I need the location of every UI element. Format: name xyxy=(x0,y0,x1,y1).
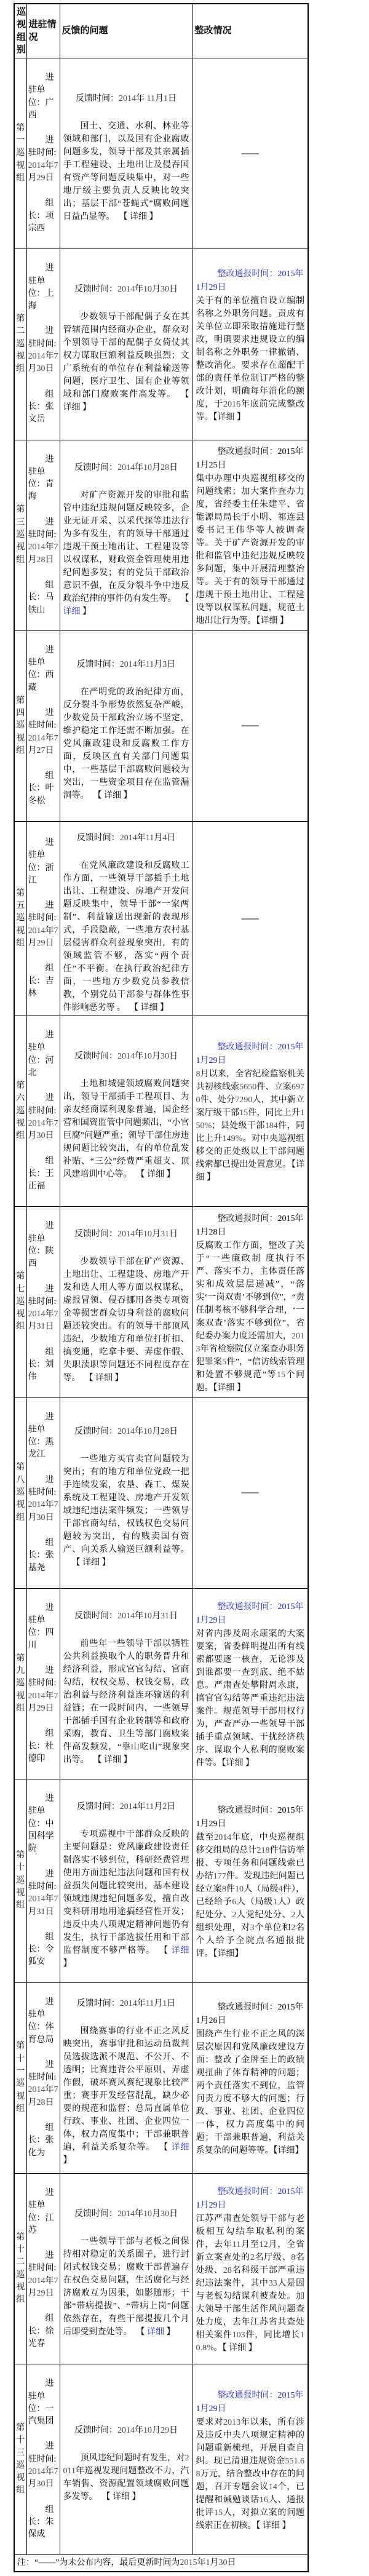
problem-text: 国土、交通、水利、林业等领域和部门，以及国有企业腐败问题多发，领导干部及其亲属插… xyxy=(63,120,189,223)
feedback-time: 反馈时间：2014年11月4日 xyxy=(63,832,189,845)
feedback-time: 反馈时间：2014年10月31日 xyxy=(63,1610,189,1623)
table-row: 第十二巡视组 进驻单位：江苏 进驻时间:2014年7月29日 组长：徐光春 反馈… xyxy=(14,2173,308,2364)
bracket-open: 【 xyxy=(164,1946,171,1955)
rect-content: 整改通报时间：2015年1月29日 要求对2013年以来，所有涉及违反中央八项规… xyxy=(196,2389,305,2532)
detail-link-label[interactable]: 详细 xyxy=(63,607,81,616)
station-cell: 进驻单位：西藏 进驻时间:2014年7月27日 组长：叶冬松 xyxy=(26,630,60,821)
table-row: 第十三巡视组 进驻单位：一汽集团 进驻时间:2014年7月30日 组长：朱保成 … xyxy=(14,2364,308,2555)
problem-text: 顶风违纪问题时有发生，对2011年巡视发现问题整改不力，汽车销售、资源配置领域腐… xyxy=(63,2452,189,2503)
station-unit: 进驻单位：西藏 xyxy=(28,645,58,694)
station-unit: 进驻单位：广西 xyxy=(28,72,58,122)
feedback-time: 反馈时间：2014年10月30日 xyxy=(63,283,189,296)
bracket-close: 】 xyxy=(81,403,92,412)
problem-body: 在严明党的政治纪律方面，反分裂斗争形势依然复杂严峻，少数党员干部政治立场不坚定，… xyxy=(63,688,189,800)
rect-report-time: 整改通报时间：2015年1月29日 xyxy=(196,2389,305,2416)
problem-cell: 反馈时间：2014年10月30日 少数领导干部配偶子女在其管辖范围内经商办企业，… xyxy=(60,249,192,440)
rectify-cell: 整改通报时间：2015年1月29日 8月以来，全省纪检监察机关共初核线索5650… xyxy=(192,1016,308,1207)
group-cell: 第六巡视组 xyxy=(14,1016,26,1207)
detail-link-label[interactable]: 详细 xyxy=(147,1170,164,1179)
rect-body: 集中办理中央巡视组移交的问题线索；加大案件查办力度，省经委主任朱建平、省能源局局… xyxy=(196,474,305,626)
rect-text: 对省内涉及周永康案的大案要案，省委鲜明提出所有线索都要逐一核查，无论涉及到谁都要… xyxy=(196,1628,305,1770)
station-cell: 进驻单位：一汽集团 进驻时间:2014年7月30日 组长：朱保成 xyxy=(26,2364,60,2555)
footnote: 注：“——”为未公布内容，最后更新时间为2015年1月30日 xyxy=(14,2555,308,2572)
station-cell: 进驻单位：陕西 进驻时间:2014年7月31日 组长：刘伟 xyxy=(26,1207,60,1397)
rect-report-time: 整改通报时间：2015年 1月29日 xyxy=(196,1804,305,1831)
station-time: 进驻时间:2014年7月27日 xyxy=(28,707,58,757)
problem-body: 一些地方买官卖官问题较为突出；有的地方和单位党政一把手连续发案，农垦、森工、煤炭… xyxy=(63,1455,189,1554)
rectify-cell: 整改通报时间：2015年1月28日 反腐败工作方面，整改了关于“一些廉政制 度执… xyxy=(192,1207,308,1397)
station-unit: 进驻单位：一汽集团 xyxy=(28,2378,58,2428)
station-leader: 组长：张化为 xyxy=(28,2122,58,2160)
table-row: 第十巡视组 进驻单位：中国科学院 进驻时间:2014年7月31日 组长：令狐安 … xyxy=(14,1779,308,1983)
table-row: 第十一巡视组 进驻单位：体育总局 进驻时间:2014年7月28日 组长：张化为 … xyxy=(14,1982,308,2173)
detail-link-label[interactable]: 详细 xyxy=(82,1558,100,1567)
rectify-cell: —— xyxy=(192,58,308,249)
group-cell: 第七巡视组 xyxy=(14,1207,26,1397)
detail-link-label[interactable]: 详细 xyxy=(172,1946,189,1955)
station-time: 进驻时间:2014年7月28日 xyxy=(28,2059,58,2109)
group-cell: 第四巡视组 xyxy=(14,630,26,821)
rect-content: 整改通报时间：2015年1月26日 围绕产生行业不正之风的深层次原因和党风廉政建… xyxy=(196,2001,305,2157)
group-label: 第八巡视组 xyxy=(15,1461,26,1524)
rect-text: 围绕产生行业不正之风的深层次原因和党风廉政建设方面：整改了金牌至上的政绩观扭曲了… xyxy=(196,2028,305,2157)
rect-dash: —— xyxy=(196,1488,305,1498)
rect-body: 对省内涉及周永康案的大案要案，省委鲜明提出所有线索都要逐一核查，无论涉及到谁都要… xyxy=(196,1629,305,1768)
problem-body: 国土、交通、水利、林业等领域和部门，以及国有企业腐败问题多发，领导干部及其亲属插… xyxy=(63,122,189,221)
bracket-close: 】 xyxy=(158,1003,169,1012)
group-label: 第六巡视组 xyxy=(15,1080,26,1142)
bracket-close: 】 xyxy=(121,791,132,800)
feedback-time: 反馈时间：2014年11月1日 xyxy=(63,1997,189,2010)
rect-report-time: 整改通报时间：2015年1月29日 xyxy=(196,268,305,295)
problem-text: 专项巡视中干部群众反映的主要问题是：党风廉政建设责任制落实不够到位，科研经费管理… xyxy=(63,1828,189,1970)
detail-link-label[interactable]: 详细 xyxy=(113,2492,130,2502)
station-unit: 进驻单位：黑龙江 xyxy=(28,1412,58,1461)
detail-link-label[interactable]: 详细 xyxy=(130,212,147,221)
table-row: 第四巡视组 进驻单位：西藏 进驻时间:2014年7月27日 组长：叶冬松 反馈时… xyxy=(14,630,308,821)
table-row: 第二巡视组 进驻单位：上海 进驻时间:2014年7月30日 组长：张文岳 反馈时… xyxy=(14,249,308,440)
problem-cell: 反馈时间：2014年10月28日 一些地方买官卖官问题较为突出；有的地方和单位党… xyxy=(60,1397,192,1588)
table-row: 第九巡视组 进驻单位：四川 进驻时间:2014年7月29日 组长：杜德印 反馈时… xyxy=(14,1588,308,1779)
bracket-open: 【 xyxy=(141,1170,148,1179)
group-label: 第九巡视组 xyxy=(15,1653,26,1715)
station-cell: 进驻单位：广西 进驻时间:2014年7月29日 组长：项宗西 xyxy=(26,58,60,249)
detail-link-label[interactable]: 详细 xyxy=(95,1373,113,1383)
station-time: 进驻时间:2014年7月29日 xyxy=(28,900,58,950)
rect-text: 集中办理中央巡视组移交的问题线索；加大案件查办力度，省经委主任朱建平、省能源局局… xyxy=(196,472,305,627)
rect-content: 整改通报时间：2015年1月29日 关于有的单位擅自设立编制名称之外职务问题。责… xyxy=(196,268,305,424)
station-leader: 组长：张文岳 xyxy=(28,389,58,426)
station-time: 进驻时间:2014年7月31日 xyxy=(28,1869,58,1918)
station-leader: 组长：令狐安 xyxy=(28,1931,58,1969)
rectify-cell: 整改通报时间：2015年1月29日 要求对2013年以来，所有涉及违反中央八项规… xyxy=(192,2364,308,2555)
group-cell: 第二巡视组 xyxy=(14,249,26,440)
problem-body: 围绕赛事的行业不正之风反映突出，赛事审批和运动员裁判员选拔选派不规范、不公开、不… xyxy=(63,2027,189,2152)
bracket-open: 【 xyxy=(98,1755,105,1765)
bracket-open: 【 xyxy=(185,390,189,399)
station-leader: 组长：王正福 xyxy=(28,1155,58,1193)
rect-detail-link[interactable]: 【详细 】 xyxy=(213,1383,246,1393)
feedback-time: 反馈时间：2014年 11月1日 xyxy=(63,92,189,105)
station-cell: 进驻单位：体育总局 进驻时间:2014年7月28日 组长：张化为 xyxy=(26,1982,60,2173)
bracket-open: 【 xyxy=(98,791,105,800)
col-header-station: 进驻情况 xyxy=(26,4,60,58)
rectify-cell: 整改通报时间：2015年1月29日 关于有的单位擅自设立编制名称之外职务问题。责… xyxy=(192,249,308,440)
station-unit: 进驻单位：河北 xyxy=(28,1030,58,1079)
problem-text: 围绕赛事的行业不正之风反映突出，赛事审批和运动员裁判员选拔选派不规范、不公开、不… xyxy=(63,2025,189,2167)
problem-text: 对矿产资源开发的审批和监管中违纪违规问题反映较多，企业无证开采、以采代探等违法行… xyxy=(63,489,189,618)
rectify-cell: 整改通报时间：2015年1月25日 集中办理中央巡视组移交的问题线索；加大案件查… xyxy=(192,440,308,630)
group-label: 第十一巡视组 xyxy=(15,2040,26,2115)
problem-cell: 反馈时间：2014年10月28日 对矿产资源开发的审批和监管中违纪违规问题反映较… xyxy=(60,440,192,630)
station-cell: 进驻单位：江苏 进驻时间:2014年7月29日 组长：徐光春 xyxy=(26,2173,60,2364)
rect-report-time: 整改通报时间：2015年1月29日 xyxy=(196,1041,305,1068)
bracket-open: 【 xyxy=(89,1373,96,1383)
rect-text: 要求对2013年以来，所有涉及违反中央八项规定精神的问题重新梳理，开展自查自纠。… xyxy=(196,2416,305,2532)
detail-link-label[interactable]: 详细 xyxy=(63,403,81,412)
rect-report-time: 整改通报时间：2015年1月28日 xyxy=(196,1212,305,1239)
table-row: 第八巡视组 进驻单位：黑龙江 进驻时间:2014年7月30日 组长：张基尧 反馈… xyxy=(14,1397,308,1588)
rect-report-time: 整改通报时间：2015年1月29日 xyxy=(196,2185,305,2212)
rect-detail-link[interactable]: 【 详细 】 xyxy=(223,2343,257,2353)
station-time: 进驻时间:2014年7月29日 xyxy=(28,2250,58,2300)
problem-body: 少数领导干部配偶子女在其管辖范围内经商办企业，群众对个别领导干部的配偶子女倚仗其… xyxy=(63,312,189,399)
station-unit: 进驻单位：上海 xyxy=(28,263,58,312)
station-unit: 进驻单位：体育总局 xyxy=(28,1997,58,2046)
problem-cell: 反馈时间：2014年10月30日 土地和城建领域腐败问题突出，领导干部插手工程项… xyxy=(60,1016,192,1207)
rectify-cell: —— xyxy=(192,630,308,821)
problem-detail-link[interactable]: 【 详细 】 xyxy=(98,791,132,800)
detail-link-label[interactable]: 详细 xyxy=(104,791,121,800)
bracket-open: 【 xyxy=(164,2143,171,2152)
station-leader: 组长：马铁山 xyxy=(28,579,58,617)
station-leader: 组长：张基尧 xyxy=(28,1537,58,1575)
group-label: 第十三巡视组 xyxy=(15,2422,26,2497)
problem-cell: 反馈时间：2014年11月1日 围绕赛事的行业不正之风反映突出，赛事审批和运动员… xyxy=(60,1982,192,2173)
bracket-close: 】 xyxy=(164,1170,175,1179)
group-cell: 第八巡视组 xyxy=(14,1397,26,1588)
problem-cell: 反馈时间：2014年10月30日 一些领导干部与老板之间保持相对稳定的关系圈子，… xyxy=(60,2173,192,2364)
rect-report-time: 整改通报时间：2015年1月29日 xyxy=(196,1600,305,1628)
station-leader: 组长：刘伟 xyxy=(28,1346,58,1384)
rect-content: 整改通报时间：2015年1月25日 集中办理中央巡视组移交的问题线索；加大案件查… xyxy=(196,445,305,627)
detail-link-label[interactable]: 详细 xyxy=(147,2328,164,2337)
rect-text: 江苏严肃查处领导干部与老板相互勾结牟取私利的案件，去年11月至12月，全省新立案… xyxy=(196,2212,305,2355)
bracket-close: 】 xyxy=(147,212,158,221)
group-label: 第一巡视组 xyxy=(15,122,26,185)
problem-detail-link[interactable]: 【 详细 】 xyxy=(98,1755,132,1765)
rect-content: 整改通报时间：2015年1月29日 江苏严肃查处领导干部与老板相互勾结牟取私利的… xyxy=(196,2185,305,2355)
bracket-close: 】 xyxy=(113,1373,124,1383)
rect-content: 整改通报时间：2015年 1月29日 截至2014年底，中央巡视组移交组局的总计… xyxy=(196,1804,305,1960)
rectify-cell: 整改通报时间：2015年1月26日 围绕产生行业不正之风的深层次原因和党风廉政建… xyxy=(192,1982,308,2173)
bracket-close: 】 xyxy=(81,607,92,616)
station-time: 进驻时间:2014年7月31日 xyxy=(28,1284,58,1334)
rect-detail-link[interactable]: 【详细 】 xyxy=(222,1759,255,1768)
group-label: 第十二巡视组 xyxy=(15,2232,26,2307)
group-cell: 第三巡视组 xyxy=(14,440,26,630)
rect-body: 8月以来，全省纪检监察机关共初核线索5650件、立案6970件、处分7290人，… xyxy=(196,1070,305,1169)
rect-detail-link[interactable]: 【 详细 】 xyxy=(256,2521,291,2530)
table-row: 第三巡视组 进驻单位：青海 进驻时间:2014年7月28日 组长：马铁山 反馈时… xyxy=(14,440,308,630)
rectify-cell: 整改通报时间：2015年 1月29日 截至2014年底，中央巡视组移交组局的总计… xyxy=(192,1779,308,1983)
group-label: 第十巡视组 xyxy=(15,1850,26,1912)
station-unit: 进驻单位：陕西 xyxy=(28,1220,58,1270)
rectify-cell: —— xyxy=(192,822,308,1016)
rect-detail-link[interactable]: 【详细 】 xyxy=(256,616,289,626)
group-cell: 第十一巡视组 xyxy=(14,1982,26,2173)
rect-content: 整改通报时间：2015年1月29日 对省内涉及周永康案的大案要案，省委鲜明提出所… xyxy=(196,1600,305,1770)
problem-body: 一些领导干部与老板之间保持相对稳定的关系圈子，进行封闭式权钱交易；腐败干部普遍存… xyxy=(63,2237,189,2337)
station-leader: 组长：徐光春 xyxy=(28,2313,58,2350)
problem-text: 在党风廉政建设和反腐败工作方面，一些领导干部插手土地出让、工程建设、房地产开发问… xyxy=(63,859,189,1014)
problem-detail-link[interactable]: 【 详细 】 xyxy=(124,212,158,221)
problem-detail-link[interactable]: 【 详细 】 xyxy=(141,1170,175,1179)
feedback-time: 反馈时间：2014年10月28日 xyxy=(63,461,189,474)
problem-text: 一些领导干部与老板之间保持相对稳定的关系圈子，进行封闭式权钱交易；腐败干部普遍存… xyxy=(63,2235,189,2339)
page: 巡视组别 进驻情况 反馈的问题 整改情况 第一巡视组 进驻单位：广西 进驻时间:… xyxy=(0,0,369,2576)
station-time: 进驻时间:2014年7月30日 xyxy=(28,2441,58,2491)
station-leader: 组长：吉林 xyxy=(28,963,58,1000)
bracket-open: 【 xyxy=(72,1558,83,1567)
rect-text: 关于有的单位擅自设立编制名称之外职务问题。责成有关单位立即采取措施进行整改，明确… xyxy=(196,295,305,424)
station-leader: 组长：杜德印 xyxy=(28,1728,58,1765)
bracket-close: 】 xyxy=(164,2328,175,2337)
group-cell: 第十三巡视组 xyxy=(14,2364,26,2555)
group-label: 第五巡视组 xyxy=(15,888,26,950)
header-row: 巡视组别 进驻情况 反馈的问题 整改情况 xyxy=(14,4,308,58)
station-unit: 进驻单位：青海 xyxy=(28,454,58,504)
station-cell: 进驻单位：河北 进驻时间:2014年7月30日 组长：王正福 xyxy=(26,1016,60,1207)
rect-dash: —— xyxy=(196,721,305,731)
station-time: 进驻时间:2014年7月30日 xyxy=(28,325,58,375)
col-header-problem: 反馈的问题 xyxy=(60,4,192,58)
problem-cell: 反馈时间：2014年11月3日 在严明党的政治纪律方面，反分裂斗争形势依然复杂严… xyxy=(60,630,192,821)
rect-report-time: 整改通报时间：2015年1月25日 xyxy=(196,445,305,472)
station-unit: 进驻单位：江苏 xyxy=(28,2187,58,2237)
group-label: 第二巡视组 xyxy=(15,313,26,375)
bracket-open: 【 xyxy=(185,594,189,603)
group-label: 第三巡视组 xyxy=(15,504,26,566)
rect-text: 反腐败工作方面，整改了关于“一些廉政制 度执行不严、落实不力，主体责任落实和成效… xyxy=(196,1239,305,1394)
problem-body: 在党风廉政建设和反腐败工作方面，一些领导干部插手土地出让、工程建设、房地产开发问… xyxy=(63,861,189,1012)
rect-body: 截至2014年底，中央巡视组移交组局的总计218件信访举报、专项任务和问题线索已… xyxy=(196,1833,305,1958)
problem-cell: 反馈时间：2014年 11月1日 国土、交通、水利、林业等领域和部门，以及国有企… xyxy=(60,58,192,249)
group-cell: 第一巡视组 xyxy=(14,58,26,249)
inspection-table-body: 第一巡视组 进驻单位：广西 进驻时间:2014年7月29日 组长：项宗西 反馈时… xyxy=(14,58,308,2555)
bracket-close: 】 xyxy=(100,1558,111,1567)
problem-text: 少数领导干部在矿产资源、土地出让、工程建设、房地产开发和选人用人等方面以权谋私，… xyxy=(63,1255,189,1385)
problem-text: 少数领导干部配偶子女在其管辖范围内经商办企业，群众对个别领导干部的配偶子女倚仗其… xyxy=(63,311,189,414)
rect-body: 围绕产生行业不正之风的深层次原因和党风廉政建设方面：整改了金牌至上的政绩观扭曲了… xyxy=(196,2030,305,2155)
problem-text: 在严明党的政治纪律方面，反分裂斗争形势依然复杂严峻，少数党员干部政治立场不坚定，… xyxy=(63,686,189,802)
group-cell: 第十巡视组 xyxy=(14,1779,26,1983)
table-row: 第六巡视组 进驻单位：河北 进驻时间:2014年7月30日 组长：王正福 反馈时… xyxy=(14,1016,308,1207)
rect-text: 截至2014年底，中央巡视组移交组局的总计218件信访举报、专项任务和问题线索已… xyxy=(196,1831,305,1960)
problem-body: 专项巡视中干部群众反映的主要问题是：党风廉政建设责任制落实不够到位，科研经费管理… xyxy=(63,1830,189,1955)
feedback-time: 反馈时间：2014年11月2日 xyxy=(63,1800,189,1813)
problem-body: 前些年一些领导干部以牺牲公共利益换取个人的职务晋升和经济利益，形成官官勾结、官商… xyxy=(63,1639,189,1765)
col-header-rectify: 整改情况 xyxy=(192,4,308,58)
rect-body: 江苏严肃查处领导干部与老板相互勾结牟取私利的案件，去年11月至12月，全省新立案… xyxy=(196,2214,305,2353)
col-header-group: 巡视组别 xyxy=(14,4,26,58)
station-leader: 组长：项宗西 xyxy=(28,197,58,235)
station-time: 进驻时间:2014年7月30日 xyxy=(28,1474,58,1524)
group-cell: 第十二巡视组 xyxy=(14,2173,26,2364)
rect-content: 整改通报时间：2015年1月28日 反腐败工作方面，整改了关于“一些廉政制 度执… xyxy=(196,1212,305,1394)
problem-cell: 反馈时间：2014年11月2日 专项巡视中干部群众反映的主要问题是：党风廉政建设… xyxy=(60,1779,192,1983)
problem-text: 一些地方买官卖官问题较为突出；有的地方和单位党政一把手连续发案，农垦、森工、煤炭… xyxy=(63,1453,189,1569)
rect-content: 整改通报时间：2015年1月29日 8月以来，全省纪检监察机关共初核线索5650… xyxy=(196,1041,305,1184)
detail-link-label[interactable]: 详细 xyxy=(141,1003,158,1012)
rect-body: 要求对2013年以来，所有涉及违反中央八项规定精神的问题重新梳理，开展自查自纠。… xyxy=(196,2418,305,2530)
feedback-time: 反馈时间：2014年10月30日 xyxy=(63,2208,189,2220)
station-time: 进驻时间:2014年7月29日 xyxy=(28,135,58,185)
problem-detail-link[interactable]: 【 详细 】 xyxy=(134,1003,169,1012)
bracket-close: 】 xyxy=(130,2492,141,2502)
station-leader: 组长：朱保成 xyxy=(28,2504,58,2542)
rect-report-time: 整改通报时间：2015年1月26日 xyxy=(196,2001,305,2028)
table-row: 第一巡视组 进驻单位：广西 进驻时间:2014年7月29日 组长：项宗西 反馈时… xyxy=(14,58,308,249)
station-time: 进驻时间:2014年7月28日 xyxy=(28,517,58,566)
rect-detail-link[interactable]: 【详细】 xyxy=(274,2146,304,2155)
problem-detail-link[interactable]: 【 详细 】 xyxy=(89,1373,124,1383)
station-unit: 进驻单位：浙江 xyxy=(28,837,58,887)
bracket-close: 】 xyxy=(121,1755,132,1765)
station-cell: 进驻单位：黑龙江 进驻时间:2014年7月30日 组长：张基尧 xyxy=(26,1397,60,1588)
inspection-table: 巡视组别 进驻情况 反馈的问题 整改情况 第一巡视组 进驻单位：广西 进驻时间:… xyxy=(14,3,309,2572)
station-time: 进驻时间:2014年7月30日 xyxy=(28,1092,58,1142)
group-cell: 第九巡视组 xyxy=(14,1588,26,1779)
rect-detail-link[interactable]: 【详细】 xyxy=(213,1949,244,1958)
group-label: 第七巡视组 xyxy=(15,1271,26,1333)
group-label: 第四巡视组 xyxy=(15,695,26,757)
problem-cell: 反馈时间：2014年10月31日 前些年一些领导干部以牺牲公共利益换取个人的职务… xyxy=(60,1588,192,1779)
station-cell: 进驻单位：青海 进驻时间:2014年7月28日 组长：马铁山 xyxy=(26,440,60,630)
rect-text: 8月以来，全省纪检监察机关共初核线索5650件、立案6970件、处分7290人，… xyxy=(196,1068,305,1184)
feedback-time: 反馈时间：2014年10月28日 xyxy=(63,1425,189,1438)
bracket-open: 【 xyxy=(134,1003,141,1012)
problem-detail-link[interactable]: 【 详细 】 xyxy=(72,1558,111,1567)
bracket-open: 【 xyxy=(106,2492,113,2502)
bracket-open: 【 xyxy=(141,2328,148,2337)
problem-detail-link[interactable]: 【 详细 】 xyxy=(106,2492,141,2502)
detail-link-label[interactable]: 详细 xyxy=(172,2143,189,2152)
station-cell: 进驻单位：四川 进驻时间:2014年7月29日 组长：杜德印 xyxy=(26,1588,60,1779)
rectify-cell: 整改通报时间：2015年1月29日 对省内涉及周永康案的大案要案，省委鲜明提出所… xyxy=(192,1588,308,1779)
feedback-time: 反馈时间：2014年11月3日 xyxy=(63,658,189,671)
rect-detail-link[interactable]: 【详细 】 xyxy=(213,413,246,422)
rect-dash: —— xyxy=(196,914,305,924)
problem-body: 土地和城建领域腐败问题突出，领导干部插手工程项目、为亲友经商谋利现象普遍，国企经… xyxy=(63,1079,189,1179)
bracket-close: 】 xyxy=(63,1959,72,1968)
feedback-time: 反馈时间：2014年10月31日 xyxy=(63,1228,189,1241)
bracket-close: 】 xyxy=(63,2156,72,2165)
station-cell: 进驻单位：上海 进驻时间:2014年7月30日 组长：张文岳 xyxy=(26,249,60,440)
station-leader: 组长：叶冬松 xyxy=(28,770,58,808)
table-row: 第七巡视组 进驻单位：陕西 进驻时间:2014年7月31日 组长：刘伟 反馈时间… xyxy=(14,1207,308,1397)
problem-body: 对矿产资源开发的审批和监管中违纪违规问题反映较多，企业无证开采、以采代探等违法行… xyxy=(63,491,189,603)
problem-text: 土地和城建领域腐败问题突出，领导干部插手工程项目、为亲友经商谋利现象普遍，国企经… xyxy=(63,1078,189,1181)
rect-dash: —— xyxy=(196,149,305,159)
problem-cell: 反馈时间：2014年11月4日 在党风廉政建设和反腐败工作方面，一些领导干部插手… xyxy=(60,822,192,1016)
station-unit: 进驻单位：中国科学院 xyxy=(28,1793,58,1855)
problem-body: 少数领导干部在矿产资源、土地出让、工程建设、房地产开发和选人用人等方面以权谋私，… xyxy=(63,1257,189,1383)
group-cell: 第五巡视组 xyxy=(14,822,26,1016)
station-cell: 进驻单位：中国科学院 进驻时间:2014年7月31日 组长：令狐安 xyxy=(26,1779,60,1983)
feedback-time: 反馈时间：2014年10月30日 xyxy=(63,1050,189,1063)
note-row: 注：“——”为未公布内容，最后更新时间为2015年1月30日 xyxy=(14,2555,308,2572)
rect-body: 关于有的单位擅自设立编制名称之外职务问题。责成有关单位立即采取措施进行整改，明确… xyxy=(196,296,305,422)
problem-cell: 反馈时间：2014年10月29日 顶风违纪问题时有发生，对2011年巡视发现问题… xyxy=(60,2364,192,2555)
station-unit: 进驻单位：四川 xyxy=(28,1602,58,1652)
bracket-open: 【 xyxy=(124,212,130,221)
feedback-time: 反馈时间：2014年10月29日 xyxy=(63,2424,189,2437)
problem-detail-link[interactable]: 【 详细 】 xyxy=(141,2328,175,2337)
station-time: 进驻时间:2014年7月29日 xyxy=(28,1665,58,1715)
table-row: 第五巡视组 进驻单位：浙江 进驻时间:2014年7月29日 组长：吉林 反馈时间… xyxy=(14,822,308,1016)
detail-link-label[interactable]: 详细 xyxy=(104,1755,121,1765)
rect-body: 反腐败工作方面，整改了关于“一些廉政制 度执行不严、落实不力，主体责任落实和成效… xyxy=(196,1241,305,1393)
rectify-cell: —— xyxy=(192,1397,308,1588)
rectify-cell: 整改通报时间：2015年1月29日 江苏严肃查处领导干部与老板相互勾结牟取私利的… xyxy=(192,2173,308,2364)
problem-text: 前些年一些领导干部以牺牲公共利益换取个人的职务晋升和经济利益，形成官官勾结、官商… xyxy=(63,1637,189,1767)
problem-cell: 反馈时间：2014年10月31日 少数领导干部在矿产资源、土地出让、工程建设、房… xyxy=(60,1207,192,1397)
station-cell: 进驻单位：浙江 进驻时间:2014年7月29日 组长：吉林 xyxy=(26,822,60,1016)
